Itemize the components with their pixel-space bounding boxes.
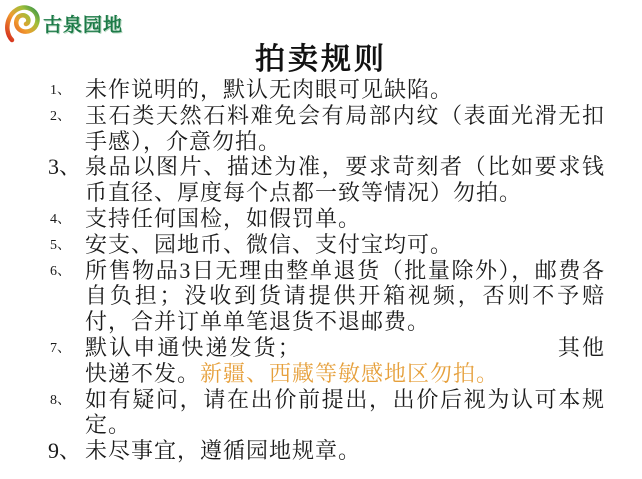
rule-text-segment: 安支、园地币、微信、支付宝均可。 [85, 232, 453, 257]
page-title: 拍卖规则 [0, 34, 642, 78]
rule-number: 5、 [50, 233, 71, 259]
logo-text: 古泉园地 [43, 10, 123, 37]
rule-number: 3、 [48, 154, 81, 180]
rule-item: 6、所售物品3日无理由整单退货（批量除外），邮费各自负担；没收到货请提供开箱视频… [85, 258, 605, 335]
rule-number: 4、 [50, 207, 71, 233]
rule-number: 9、 [48, 438, 81, 464]
rule-item: 2、玉石类天然石料难免会有局部内纹（表面光滑无扣手感），介意勿拍。 [85, 103, 605, 155]
rule-text-segment: 支持任何国检，如假罚单。 [85, 206, 361, 231]
rule-item: 3、泉品以图片、描述为准，要求苛刻者（比如要求钱币直径、厚度每个点都一致等情况）… [85, 154, 605, 206]
rules-list: 1、未作说明的，默认无肉眼可见缺陷。2、玉石类天然石料难免会有局部内纹（表面光滑… [85, 77, 605, 464]
rule-item: 7、默认申通快递发货；其他快递不发。新疆、西藏等敏感地区勿拍。 [85, 335, 605, 387]
rule-text-segment: 如有疑问，请在出价前提出，出价后视为认可本规定。 [85, 387, 605, 438]
rule-text-segment: 未尽事宜，遵循园地规章。 [85, 438, 361, 463]
rule-item: 1、未作说明的，默认无肉眼可见缺陷。 [85, 77, 605, 103]
rule-item: 9、未尽事宜，遵循园地规章。 [85, 438, 605, 464]
rule-text-segment: 新疆、西藏等敏感地区勿拍。 [200, 361, 499, 386]
rule-item: 8、如有疑问，请在出价前提出，出价后视为认可本规定。 [85, 387, 605, 439]
rule-number: 2、 [50, 104, 71, 130]
rule-text-segment: 泉品以图片、描述为准，要求苛刻者（比如要求钱币直径、厚度每个点都一致等情况）勿拍… [85, 154, 605, 205]
rule-text-segment: 默认申通快递发货； [85, 335, 301, 360]
rule-number: 7、 [50, 336, 71, 362]
rule-text-segment: 所售物品3日无理由整单退货（批量除外），邮费各自负担；没收到货请提供开箱视频，否… [85, 258, 605, 335]
rule-item: 4、支持任何国检，如假罚单。 [85, 206, 605, 232]
rule-text-segment: 未作说明的，默认无肉眼可见缺陷。 [85, 77, 453, 102]
rule-item: 5、安支、园地币、微信、支付宝均可。 [85, 232, 605, 258]
rule-number: 6、 [50, 259, 71, 285]
rule-text-segment: 玉石类天然石料难免会有局部内纹（表面光滑无扣手感），介意勿拍。 [85, 103, 605, 154]
rule-number: 8、 [50, 388, 71, 414]
rule-number: 1、 [50, 78, 71, 104]
